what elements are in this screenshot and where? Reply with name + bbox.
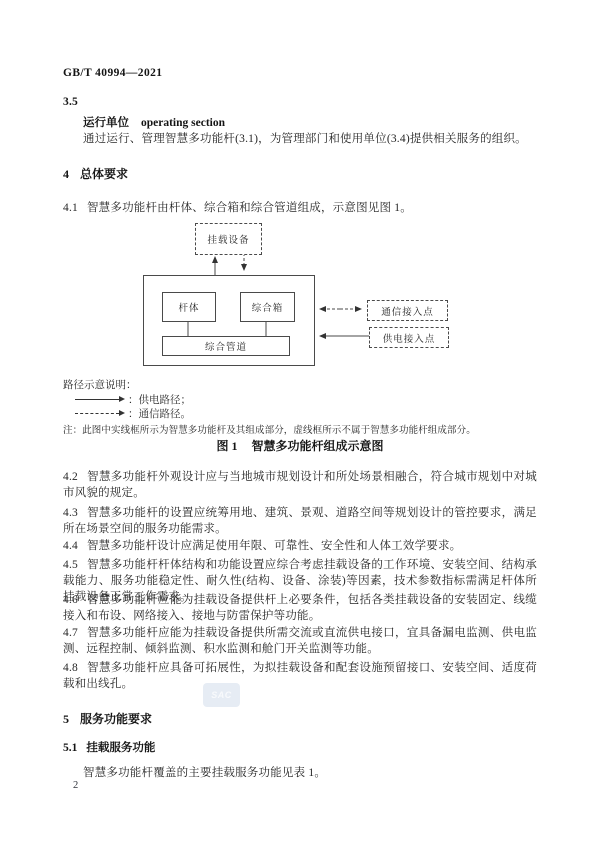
clause-4-6: 4.6智慧多功能杆应能为挂载设备提供杆上必要条件，包括各类挂载设备的安装固定、线… (63, 592, 537, 624)
section-5-heading: 5服务功能要求 (63, 710, 537, 727)
solid-arrow-sample (75, 395, 125, 404)
page-number: 2 (73, 780, 78, 791)
figure-1-diagram: 挂载设备 杆体 综合箱 综合管道 通信接入点 供电接入点 (0, 220, 600, 372)
figure-caption-title: 智慧多功能杆组成示意图 (252, 439, 384, 453)
clause-number: 4.6 (63, 594, 78, 606)
dashed-arrow-sample (75, 409, 125, 418)
section-5-number: 5 (63, 712, 69, 726)
clause-4-7: 4.7智慧多功能杆应能为挂载设备提供所需交流或直流供电接口，宜具备漏电监测、供电… (63, 625, 537, 657)
legend-comm-label: ：通信路径。 (128, 406, 191, 421)
term-en: operating section (141, 117, 225, 129)
clause-number: 4.4 (63, 540, 78, 552)
clause-text: 智慧多功能杆设计应满足使用年限、可靠性、安全性和人体工效学要求。 (87, 540, 461, 552)
legend-row-comm: ：通信路径。 (75, 406, 549, 421)
section-5-1-heading: 5.1挂载服务功能 (63, 739, 537, 755)
legend-title: 路径示意说明： (63, 377, 537, 392)
section-4-number: 4 (63, 167, 69, 181)
clause-number: 4.2 (63, 471, 78, 483)
clause-text: 智慧多功能杆应具备可拓展性，为拟挂载设备和配套设施预留接口、安装空间、适度荷载和… (63, 662, 537, 690)
clause-4-4: 4.4智慧多功能杆设计应满足使用年限、可靠性、安全性和人体工效学要求。 (63, 538, 537, 554)
node-cabinet: 综合箱 (240, 292, 295, 322)
figure-caption: 图 1智慧多功能杆组成示意图 (0, 437, 600, 454)
node-mounted-device: 挂载设备 (195, 223, 262, 255)
term-zh: 运行单位 (83, 117, 129, 129)
section-4-title: 总体要求 (80, 167, 128, 181)
clause-number: 4.3 (63, 507, 78, 519)
legend-row-power: ：供电路径； (75, 392, 549, 407)
clause-4-3: 4.3智慧多功能杆的设置应统筹用地、建筑、景观、道路空间等规划设计的管控要求，满… (63, 505, 537, 537)
node-comm-access-point: 通信接入点 (367, 300, 448, 321)
node-conduit: 综合管道 (162, 336, 290, 356)
sac-watermark: SAC (203, 683, 240, 707)
definition-text: 通过运行、管理智慧多功能杆(3.1)，为管理部门和使用单位(3.4)提供相关服务… (63, 131, 537, 147)
clause-text: 智慧多功能杆的设置应统筹用地、建筑、景观、道路空间等规划设计的管控要求，满足所在… (63, 507, 537, 535)
section-4-heading: 4总体要求 (63, 165, 537, 182)
paragraph-text: 智慧多功能杆覆盖的主要挂载服务功能见表 1。 (63, 765, 537, 781)
section-5-1-paragraph: 智慧多功能杆覆盖的主要挂载服务功能见表 1。 (63, 765, 537, 781)
clause-4-8: 4.8智慧多功能杆应具备可拓展性，为拟挂载设备和配套设施预留接口、安装空间、适度… (63, 660, 537, 692)
clause-4-2: 4.2智慧多功能杆外观设计应与当地城市规划设计和所处场景相融合，符合城市规划中对… (63, 469, 537, 501)
legend-power-label: ：供电路径； (128, 392, 191, 407)
clause-number: 4.8 (63, 662, 78, 674)
section-5-1-number: 5.1 (63, 742, 77, 754)
scanned-standard-page: { "doc": { "header": "GB/T 40994—2021", … (0, 0, 600, 847)
figure-caption-label: 图 1 (216, 439, 237, 453)
clause-3-5-number: 3.5 (63, 94, 537, 110)
node-pole-body: 杆体 (162, 292, 216, 322)
clause-text: 智慧多功能杆应能为挂载设备提供所需交流或直流供电接口，宜具备漏电监测、供电监测、… (63, 627, 537, 655)
node-power-access-point: 供电接入点 (369, 327, 449, 348)
section-5-1-title: 挂载服务功能 (86, 742, 155, 754)
clause-3-5-term-line: 运行单位operating section (83, 114, 537, 130)
clause-number: 4.1 (63, 202, 78, 214)
clause-3-5-definition: 通过运行、管理智慧多功能杆(3.1)，为管理部门和使用单位(3.4)提供相关服务… (63, 131, 537, 147)
clause-text: 智慧多功能杆由杆体、综合箱和综合管道组成，示意图见图 1。 (87, 202, 412, 214)
section-5-title: 服务功能要求 (80, 712, 152, 726)
document-number-header: GB/T 40994—2021 (63, 67, 537, 79)
clause-number: 4.7 (63, 627, 78, 639)
clause-number: 4.5 (63, 559, 78, 571)
figure-note: 注：此图中实线框所示为智慧多功能杆及其组成部分，虚线框所示不属于智慧多功能杆组成… (63, 422, 537, 436)
clause-text: 智慧多功能杆应能为挂载设备提供杆上必要条件，包括各类挂载设备的安装固定、线缆接入… (63, 594, 537, 622)
clause-text: 智慧多功能杆外观设计应与当地城市规划设计和所处场景相融合，符合城市规划中对城市风… (63, 471, 537, 499)
clause-4-1: 4.1智慧多功能杆由杆体、综合箱和综合管道组成，示意图见图 1。 (63, 200, 537, 216)
